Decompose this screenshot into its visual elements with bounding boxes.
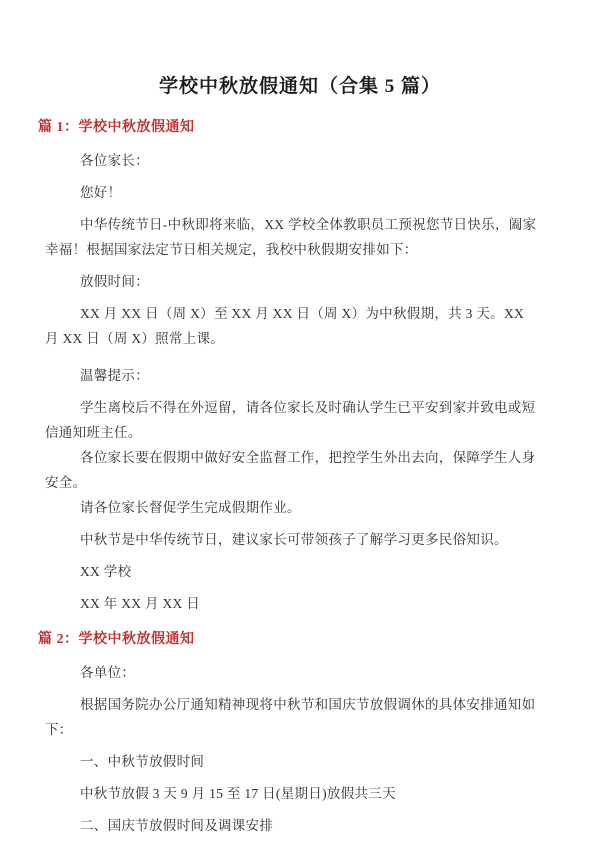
paragraph-line: 温馨提示： — [45, 363, 532, 388]
paragraph-line: 学生离校后不得在外逗留，请各位家长及时确认学生已平安到家并致电或短 — [45, 395, 532, 420]
signature-school: XX 学校 — [45, 559, 532, 584]
section-2-body: 各单位： 根据国务院办公厅通知精神现将中秋节和国庆节放假调休的具体安排通知如 下… — [0, 660, 600, 845]
paragraph: 您好！ — [45, 180, 532, 205]
paragraph-line: 中秋节放假 3 天 9 月 15 至 17 日(星期日)放假共三天 — [45, 781, 532, 806]
tip-safety-paragraph: 各位家长要在假期中做好安全监督工作，把控学生外出去向，保障学生人身 安全。 — [45, 445, 532, 495]
paragraph-line: 中华传统节日-中秋即将来临，XX 学校全体教职员工预祝您节日快乐，阖家 — [45, 212, 532, 237]
tip-homework-paragraph: 请各位家长督促学生完成假期作业。 — [45, 495, 532, 520]
paragraph-line: 中秋节是中华传统节日，建议家长可带领孩子了解学习更多民俗知识。 — [45, 527, 532, 552]
item-1-content: 中秋节放假 3 天 9 月 15 至 17 日(星期日)放假共三天 — [45, 781, 532, 806]
paragraph-line: XX 月 XX 日（周 X）至 XX 月 XX 日（周 X）为中秋假期，共 3 … — [45, 301, 532, 326]
tip-folklore-paragraph: 中秋节是中华传统节日，建议家长可带领孩子了解学习更多民俗知识。 — [45, 527, 532, 552]
intro-paragraph: 中华传统节日-中秋即将来临，XX 学校全体教职员工预祝您节日快乐，阖家 幸福！根… — [45, 212, 532, 262]
tips-label: 温馨提示： — [45, 363, 532, 388]
paragraph-line: 各位家长要在假期中做好安全监督工作，把控学生外出去向，保障学生人身 — [45, 445, 532, 470]
paragraph-line: 二、国庆节放假时间及调课安排 — [45, 813, 532, 838]
item-1-heading: 一、中秋节放假时间 — [45, 749, 532, 774]
paragraph-line: 月 XX 日（周 X）照常上课。 — [45, 326, 532, 351]
item-2-heading: 二、国庆节放假时间及调课安排 — [45, 813, 532, 838]
section-1: 篇 1：学校中秋放假通知 各位家长： 您好！ 中华传统节日-中秋即将来临，XX … — [0, 118, 600, 623]
tip-return-home-paragraph: 学生离校后不得在外逗留，请各位家长及时确认学生已平安到家并致电或短 信通知班主任… — [45, 395, 532, 445]
paragraph-line: 一、中秋节放假时间 — [45, 749, 532, 774]
section-2-heading: 篇 2：学校中秋放假通知 — [0, 630, 600, 650]
paragraph-line: 信通知班主任。 — [45, 420, 532, 445]
section-1-body: 各位家长： 您好！ 中华传统节日-中秋即将来临，XX 学校全体教职员工预祝您节日… — [0, 148, 600, 623]
holiday-dates-paragraph: XX 月 XX 日（周 X）至 XX 月 XX 日（周 X）为中秋假期，共 3 … — [45, 301, 532, 351]
paragraph-line: 根据国务院办公厅通知精神现将中秋节和国庆节放假调休的具体安排通知如 — [45, 692, 532, 717]
document-page: 学校中秋放假通知（合集 5 篇） 篇 1：学校中秋放假通知 各位家长： 您好！ … — [0, 0, 600, 849]
paragraph-line: 幸福！根据国家法定节日相关规定，我校中秋假期安排如下： — [45, 237, 532, 262]
paragraph-line: XX 学校 — [45, 559, 532, 584]
greeting-line: 您好！ — [45, 180, 532, 205]
section-2: 篇 2：学校中秋放假通知 各单位： 根据国务院办公厅通知精神现将中秋节和国庆节放… — [0, 630, 600, 845]
intro-paragraph: 根据国务院办公厅通知精神现将中秋节和国庆节放假调休的具体安排通知如 下： — [45, 692, 532, 742]
salutation-line: 各单位： — [45, 660, 532, 685]
document-title: 学校中秋放假通知（合集 5 篇） — [0, 76, 600, 98]
paragraph-line: XX 年 XX 月 XX 日 — [45, 591, 532, 616]
paragraph-line: 放假时间： — [45, 269, 532, 294]
salutation-paragraph: 各单位： — [45, 660, 532, 685]
signature-date: XX 年 XX 月 XX 日 — [45, 591, 532, 616]
paragraph-line: 下： — [45, 717, 532, 742]
paragraph-line: 请各位家长督促学生完成假期作业。 — [45, 495, 532, 520]
section-1-heading: 篇 1：学校中秋放假通知 — [0, 118, 600, 138]
paragraph-line: 安全。 — [45, 470, 532, 495]
paragraph: 各位家长： — [45, 148, 532, 173]
holiday-time-label: 放假时间： — [45, 269, 532, 294]
salutation-line: 各位家长： — [45, 148, 532, 173]
